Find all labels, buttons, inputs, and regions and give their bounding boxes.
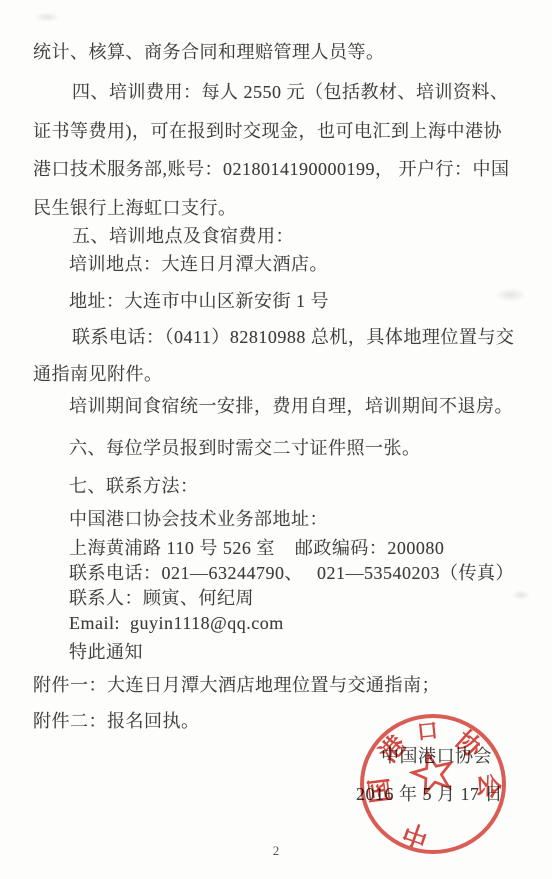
body-line-section-7: 七、联系方法： xyxy=(69,476,199,496)
closing-line: 特此通知 xyxy=(69,642,143,662)
star-icon xyxy=(409,750,457,798)
attachment-line-2: 附件二：报名回执。 xyxy=(33,711,200,731)
body-line-address: 地址：大连市中山区新安街 1 号 xyxy=(69,291,329,311)
contact-phone-text: 联系电话：021—63244790、 xyxy=(69,563,303,583)
contact-postal-text: 邮政编码：200080 xyxy=(295,538,445,558)
body-line-venue: 培训地点：大连日月潭大酒店。 xyxy=(69,254,328,274)
body-line: 民生银行上海虹口支行。 xyxy=(33,198,237,218)
body-line-account-number: 港口技术服务部,账号：0218014190000199， 开户行：中国 xyxy=(33,159,510,179)
body-line-dept-address-label: 中国港口协会技术业务部地址： xyxy=(69,509,328,529)
scan-smudge xyxy=(34,12,60,22)
body-line-section-6: 六、每位学员报到时需交二寸证件照一张。 xyxy=(69,438,421,458)
contact-fax-text: 021—53540203（传真） xyxy=(317,563,514,583)
seal-char-guo: 国 xyxy=(364,773,400,809)
contact-email-line: Email: guyin1118@qq.com xyxy=(69,613,284,633)
body-line-section-4: 四、培训费用：每人 2550 元（包括教材、培训资料、 xyxy=(72,82,509,102)
page-number: 2 xyxy=(0,843,552,859)
body-line: 证书等费用)，可在报到时交现金，也可电汇到上海中港协 xyxy=(33,121,502,141)
scan-smudge xyxy=(495,288,527,302)
contact-phone-line: 联系电话：021—63244790、021—53540203（传真） xyxy=(69,563,514,583)
body-line: 统计、核算、商务合同和理赔管理人员等。 xyxy=(33,42,385,62)
seal-char-hui: 会 xyxy=(470,769,503,802)
seal-char-kou: 口 xyxy=(410,714,445,749)
body-line: 通指南见附件。 xyxy=(33,364,163,384)
seal-char-zhong: 中 xyxy=(396,813,437,854)
contact-person-line: 联系人：顾寅、何纪周 xyxy=(69,588,254,608)
body-line-section-5: 五、培训地点及食宿费用： xyxy=(72,226,294,246)
attachment-line-1: 附件一：大连日月潭大酒店地理位置与交通指南； xyxy=(33,675,440,695)
contact-address-line: 上海黄浦路 110 号 526 室邮政编码：200080 xyxy=(69,538,444,558)
body-line-hotel-phone: 联系电话：（0411）82810988 总机，具体地理位置与交 xyxy=(72,327,514,347)
scanned-notice-page: 统计、核算、商务合同和理赔管理人员等。 四、培训费用：每人 2550 元（包括教… xyxy=(0,0,552,879)
body-line-lodging: 培训期间食宿统一安排，费用自理，培训期间不退房。 xyxy=(69,396,513,416)
contact-address-text: 上海黄浦路 110 号 526 室 xyxy=(69,538,275,558)
official-seal-stamp: 中 国 港 口 协 会 xyxy=(360,714,506,854)
scan-smudge xyxy=(512,590,530,600)
